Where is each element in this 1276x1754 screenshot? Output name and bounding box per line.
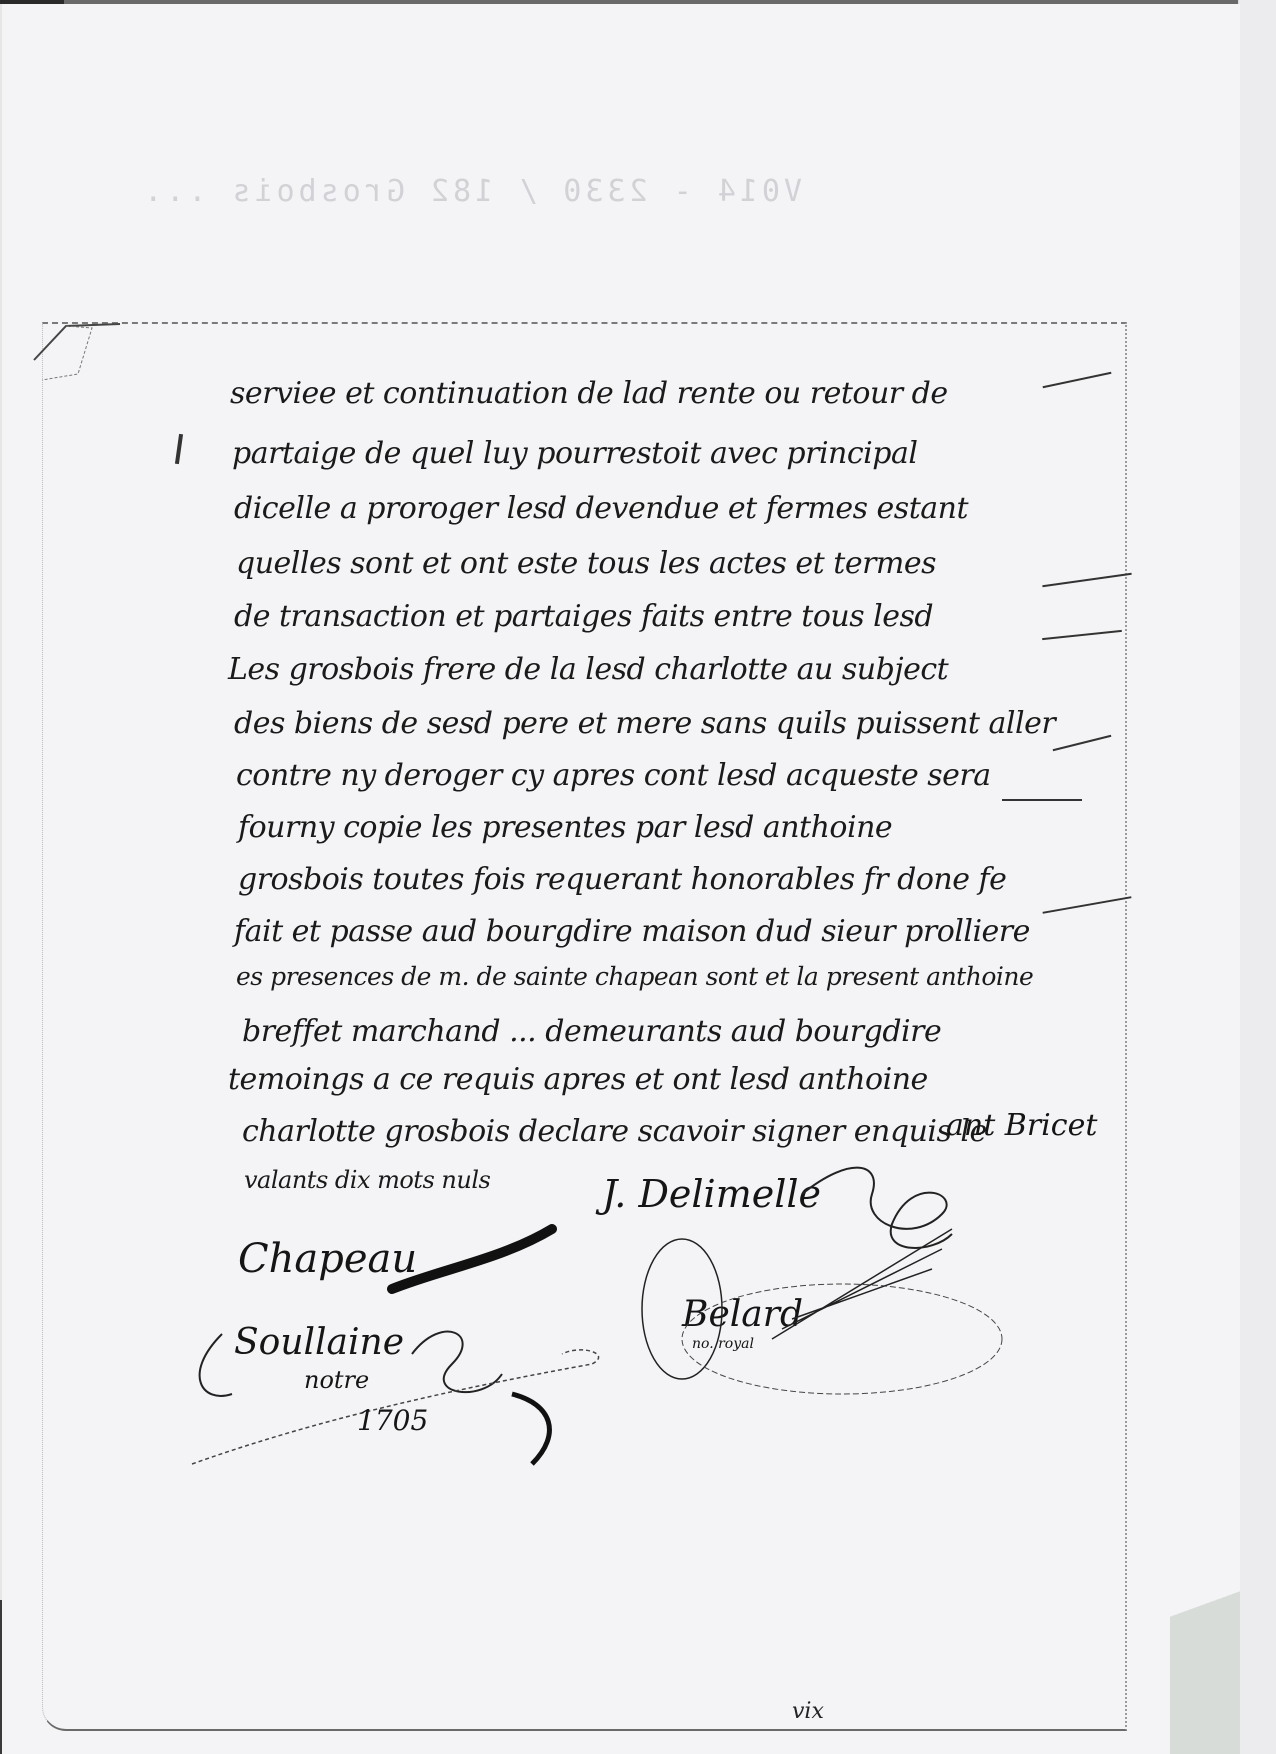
ink-blot-flourish-icon	[382, 1219, 562, 1299]
body-line-4: quelles sont et ont este tous les actes …	[236, 546, 936, 581]
body-line-15: charlotte grosbois declare scavoir signe…	[242, 1114, 987, 1149]
signature-ant-bricet: ant Bricet	[946, 1108, 1097, 1143]
body-line-9: fourny copie les presentes par lesd anth…	[238, 810, 892, 845]
body-line-2: partaige de quel luy pourrestoit avec pr…	[232, 436, 917, 471]
footer-mark: vix	[792, 1699, 824, 1724]
body-line-1: serviee et continuation de lad rente ou …	[230, 376, 948, 411]
notary-paraph-icon	[182, 1294, 622, 1474]
date-year: 1705	[357, 1404, 428, 1437]
notary-royal-paraph-icon	[592, 1219, 1012, 1419]
line-filler-dash	[1002, 799, 1082, 801]
body-line-8: contre ny deroger cy apres cont lesd acq…	[236, 758, 991, 793]
torn-corner-icon	[32, 322, 122, 382]
bleed-through-header: V014 - 2330 / 182 Grosbois ...	[42, 174, 802, 234]
body-line-11: fait et passe aud bourgdire maison dud s…	[234, 914, 1030, 949]
signature-delimelle: J. Delimelle	[602, 1172, 821, 1216]
body-line-13: breffet marchand ... demeurants aud bour…	[242, 1014, 941, 1049]
body-line-10: grosbois toutes fois requerant honorable…	[238, 862, 1006, 897]
body-line-3: dicelle a proroger lesd devendue et ferm…	[234, 491, 968, 526]
document-page: V014 - 2330 / 182 Grosbois ... serviee e…	[2, 4, 1240, 1754]
body-line-16: valants dix mots nuls	[244, 1166, 490, 1194]
body-line-14: temoings a ce requis apres et ont lesd a…	[228, 1062, 928, 1097]
page-fold-corner	[1170, 1454, 1240, 1754]
underlying-page-edge	[1238, 0, 1276, 1754]
body-line-6: Les grosbois frere de la lesd charlotte …	[228, 652, 948, 687]
body-line-7: des biens de sesd pere et mere sans quil…	[234, 706, 1055, 741]
body-line-5: de transaction et partaiges faits entre …	[234, 599, 933, 634]
body-line-12: es presences de m. de sainte chapean son…	[236, 962, 1033, 991]
